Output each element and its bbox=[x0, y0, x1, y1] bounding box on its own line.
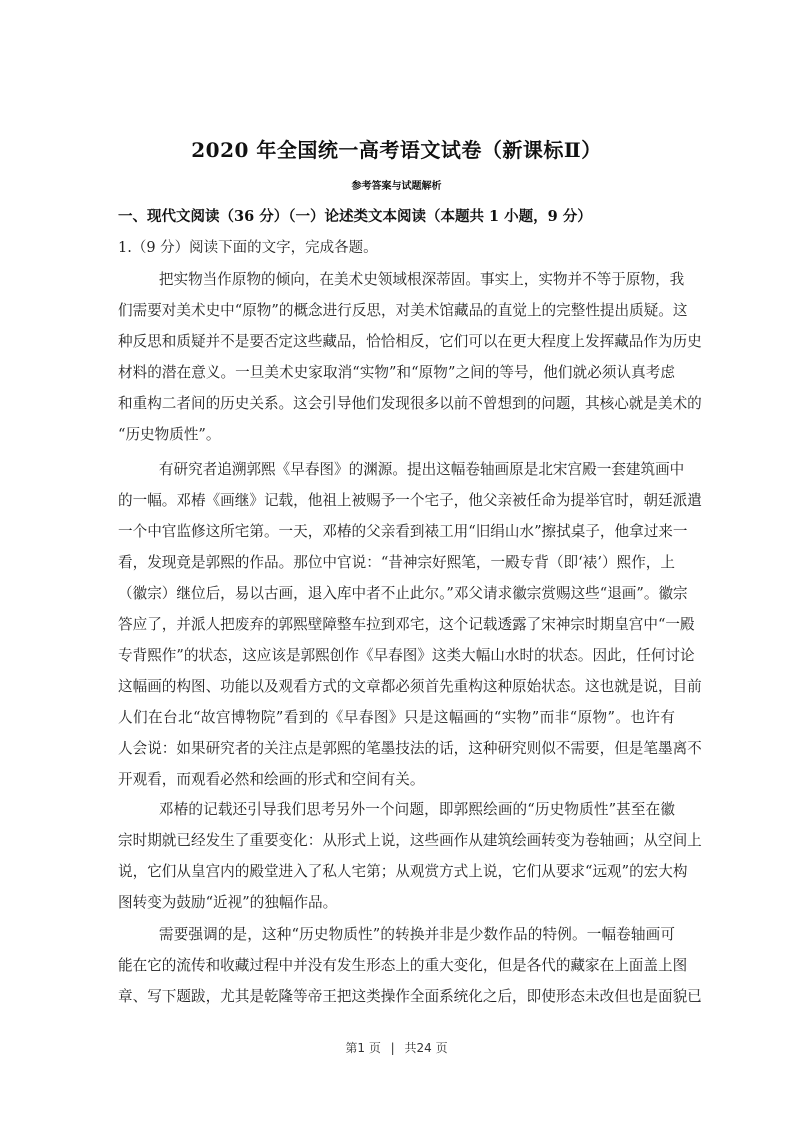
text-line: 章、写下题跋，尤其是乾隆等帝王把这类操作全面系统化之后，即使形态未改但也是面貌已 bbox=[118, 981, 675, 1012]
text-line: 和重构二者间的历史关系。这会引导他们发现很多以前不曾想到的问题，其核心就是美术的 bbox=[118, 388, 675, 419]
text-line: 的一幅。邓椿《画继》记载，他祖上被赐予一个宅子，他父亲被任命为提举官时，朝廷派遣 bbox=[118, 485, 675, 516]
section-heading: 一、现代文阅读（36 分）（一）论述类文本阅读（本题共 1 小题，9 分） bbox=[118, 205, 688, 226]
text-line: 把实物当作原物的倾向，在美术史领域根深蒂固。事实上，实物并不等于原物，我 bbox=[118, 264, 675, 295]
text-line: 说，它们从皇宫内的殿堂进入了私人宅第；从观赏方式上说，它们从要求“远观”的宏大构 bbox=[118, 856, 675, 887]
text-line: 开观看，而观看必然和绘画的形式和空间有关。 bbox=[118, 764, 675, 795]
text-line: 需要强调的是，这种“历史物质性”的转换并非是少数作品的特例。一幅卷轴画可 bbox=[118, 919, 675, 950]
text-line: （徽宗）继位后，易以古画，退入库中者不止此尔。”邓父请求徽宗赏赐这些“退画”。徽… bbox=[118, 578, 675, 609]
page-total: 共24 页 bbox=[405, 1041, 448, 1055]
text-line: 答应了，并派人把废弃的郭熙壁障整车拉到邓宅，这个记载透露了宋神宗时期皇宫中“一殿 bbox=[118, 609, 675, 640]
question-prompt: 1.（9 分）阅读下面的文字，完成各题。 bbox=[118, 236, 378, 257]
text-line: 材料的潜在意义。一旦美术史家取消“实物”和“原物”之间的等号，他们就必须认真考虑 bbox=[118, 357, 675, 388]
text-line: 邓椿的记载还引导我们思考另外一个问题，即郭熙绘画的“历史物质性”甚至在徽 bbox=[118, 794, 675, 825]
text-line: 有研究者追溯郭熙《早春图》的渊源。提出这幅卷轴画原是北宋宫殿一套建筑画中 bbox=[118, 454, 675, 485]
text-line: 人们在台北“故宫博物院”看到的《早春图》只是这幅画的“实物”而非“原物”。也许有 bbox=[118, 702, 675, 733]
text-line: 宗时期就已经发生了重要变化：从形式上说，这些画作从建筑绘画转变为卷轴画；从空间上 bbox=[118, 825, 675, 856]
text-line: 专背熙作”的状态，这应该是郭熙创作《早春图》这类大幅山水时的状态。因此，任何讨论 bbox=[118, 640, 675, 671]
page-footer: 第1 页 | 共24 页 bbox=[0, 1039, 793, 1056]
paragraph-4: 需要强调的是，这种“历史物质性”的转换并非是少数作品的特例。一幅卷轴画可 能在它… bbox=[118, 919, 675, 1012]
paragraph-1: 把实物当作原物的倾向，在美术史领域根深蒂固。事实上，实物并不等于原物，我 们需要… bbox=[118, 264, 675, 450]
exam-subtitle: 参考答案与试题解析 bbox=[0, 177, 793, 192]
text-line: 这幅画的构图、功能以及观看方式的文章都必须首先重构这种原始状态。这也就是说，目前 bbox=[118, 671, 675, 702]
footer-separator: | bbox=[391, 1041, 395, 1055]
page-number: 第1 页 bbox=[345, 1041, 380, 1055]
text-line: “历史物质性”。 bbox=[118, 419, 675, 450]
exam-title: 2020 年全国统一高考语文试卷（新课标Ⅱ） bbox=[0, 134, 793, 163]
text-line: 能在它的流传和收藏过程中并没有发生形态上的重大变化，但是各代的藏家在上面盖上图 bbox=[118, 950, 675, 981]
paragraph-2: 有研究者追溯郭熙《早春图》的渊源。提出这幅卷轴画原是北宋宫殿一套建筑画中 的一幅… bbox=[118, 454, 675, 795]
text-line: 图转变为鼓励“近视”的独幅作品。 bbox=[118, 887, 675, 918]
paragraph-3: 邓椿的记载还引导我们思考另外一个问题，即郭熙绘画的“历史物质性”甚至在徽 宗时期… bbox=[118, 794, 675, 918]
text-line: 种反思和质疑并不是要否定这些藏品，恰恰相反，它们可以在更大程度上发挥藏品作为历史 bbox=[118, 326, 675, 357]
document-page: 2020 年全国统一高考语文试卷（新课标Ⅱ） 参考答案与试题解析 一、现代文阅读… bbox=[0, 0, 793, 1122]
text-line: 一个中官监修这所宅第。一天，邓椿的父亲看到裱工用“旧绢山水”擦拭桌子，他拿过来一 bbox=[118, 516, 675, 547]
text-line: 人会说：如果研究者的关注点是郭熙的笔墨技法的话，这种研究则似不需要，但是笔墨离不 bbox=[118, 733, 675, 764]
text-line: 看，发现竟是郭熙的作品。那位中官说：“昔神宗好熙笔，一殿专背（即‘裱’）熙作，上 bbox=[118, 547, 675, 578]
text-line: 们需要对美术史中“原物”的概念进行反思，对美术馆藏品的直觉上的完整性提出质疑。这 bbox=[118, 295, 675, 326]
